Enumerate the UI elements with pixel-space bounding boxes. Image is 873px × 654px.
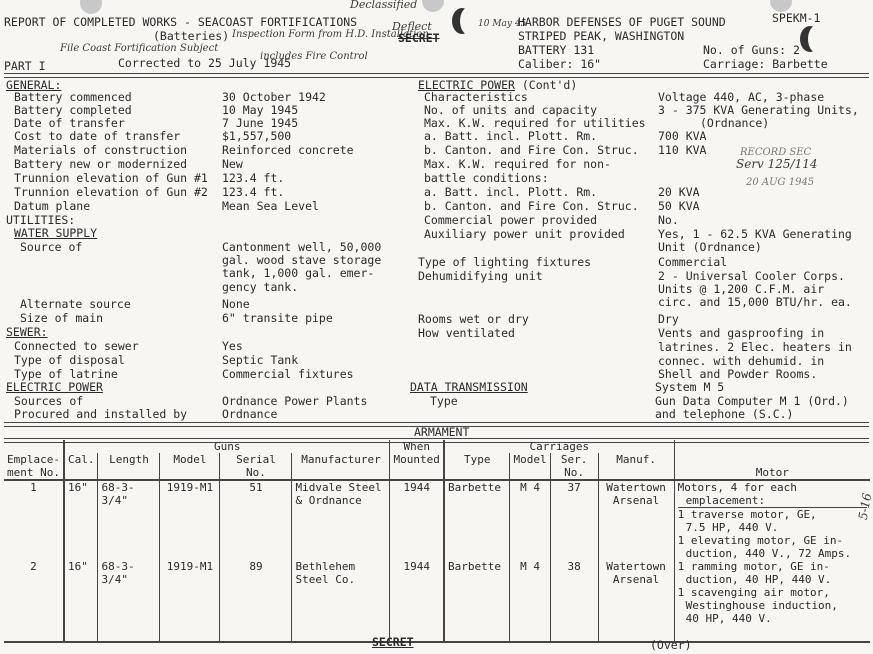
field-value: 110 KVA <box>658 144 706 157</box>
col-length: Length <box>98 453 160 480</box>
field-label: Auxiliary power unit provided <box>424 228 625 241</box>
field-label: Size of main <box>20 312 103 325</box>
footer-classification: SECRET <box>372 636 414 649</box>
cell-type: Barbette <box>444 480 510 560</box>
motor-line: Westinghouse induction, <box>678 599 867 612</box>
motor-line: 1 traverse motor, GE, <box>678 507 867 521</box>
field-label: Commercial power provided <box>424 214 597 227</box>
field-value: 123.4 ft. <box>222 172 284 185</box>
field-value: (Ordnance) <box>700 117 769 130</box>
field-label: b. Canton. and Fire Con. Struc. <box>424 200 639 213</box>
motor-line: 7.5 HP, 440 V. <box>678 521 867 534</box>
cell-cal: 16" <box>64 560 98 642</box>
field-value: $1,557,500 <box>222 130 291 143</box>
cell-manufacturer: Bethlehem Steel Co. <box>292 560 390 642</box>
field-value: circ. and 15,000 BTU/hr. ea. <box>658 296 852 309</box>
punch-hole <box>80 0 102 14</box>
punch-hole <box>422 0 444 12</box>
struck-classification: SECRET <box>398 32 440 45</box>
over-label: (Over) <box>650 639 692 652</box>
field-label: Connected to sewer <box>14 340 139 353</box>
cell-carriage-model: M 4 <box>510 560 550 642</box>
motor-line: 1 ramming motor, GE in- <box>678 560 867 573</box>
guns-count: No. of Guns: 2 <box>703 44 800 57</box>
group-guns: Guns <box>64 440 390 453</box>
field-value: gency tank. <box>222 281 298 294</box>
motor-line: emplacement: <box>678 494 867 507</box>
col-emplacement: Emplace-ment No. <box>4 440 64 480</box>
col-when-mounted: When Mounted <box>390 440 444 480</box>
handwritten-top: Declassified <box>350 0 417 11</box>
field-value: No. <box>658 214 679 227</box>
motor-line: duction, 40 HP, 440 V. <box>678 573 867 586</box>
field-value: New <box>222 158 243 171</box>
field-value: Ordnance <box>222 408 277 421</box>
stamp-text: Serv 125/114 <box>736 158 818 171</box>
field-label: Datum plane <box>14 200 90 213</box>
motor-line: 40 HP, 440 V. <box>678 612 867 625</box>
form-code: SPEKM-1 <box>772 12 820 25</box>
field-value: Unit (Ordnance) <box>658 241 762 254</box>
field-label: a. Batt. incl. Plott. Rm. <box>424 186 597 199</box>
cell-emplacement: 2 <box>4 560 64 642</box>
col-serial: Serial No. <box>220 453 292 480</box>
group-carriages: Carriages <box>444 440 674 453</box>
field-value: None <box>222 298 250 311</box>
field-label: Trunnion elevation of Gun #2 <box>14 186 208 199</box>
cell-motor: 1 ramming motor, GE in- duction, 40 HP, … <box>674 560 870 642</box>
table-row: 1 16" 68-3-3/4" 1919-M1 51 Midvale Steel… <box>4 480 870 560</box>
handwritten-note: File Coast Fortification Subject <box>60 42 218 55</box>
battery-number: BATTERY 131 <box>518 44 594 57</box>
field-value: 20 KVA <box>658 186 700 199</box>
field-label: Dehumidifying unit <box>418 270 543 283</box>
cell-carriage-manuf: Watertown Arsenal <box>598 480 674 560</box>
field-label: a. Batt. incl. Plott. Rm. <box>424 130 597 143</box>
part-label: PART I <box>4 60 46 73</box>
armament-table: Emplace-ment No. Guns When Mounted Carri… <box>4 440 870 643</box>
field-value: tank, 1,000 gal. emer- <box>222 267 374 280</box>
cell-motor: Motors, 4 for each emplacement: 1 traver… <box>674 480 870 560</box>
col-type: Type <box>444 453 510 480</box>
cell-carriage-serial: 37 <box>550 480 598 560</box>
field-value: Reinforced concrete <box>222 144 354 157</box>
table-row: 2 16" 68-3-3/4" 1919-M1 89 Bethlehem Ste… <box>4 560 870 642</box>
cell-serial: 89 <box>220 560 292 642</box>
col-model: Model <box>160 453 220 480</box>
cell-cal: 16" <box>64 480 98 560</box>
field-value: and telephone (S.C.) <box>655 408 793 421</box>
field-label: Type of disposal <box>14 354 125 367</box>
cell-length: 68-3-3/4" <box>98 480 160 560</box>
field-label: Battery new or modernized <box>14 158 187 171</box>
cell-serial: 51 <box>220 480 292 560</box>
field-value: Commercial <box>658 256 727 269</box>
cell-emplacement: 1 <box>4 480 64 560</box>
binder-mark-icon <box>452 8 472 34</box>
carriage-type: Carriage: Barbette <box>703 58 828 71</box>
field-label: battle conditions: <box>424 172 549 185</box>
data-transmission-heading: DATA TRANSMISSION <box>410 381 528 394</box>
cell-type: Barbette <box>444 560 510 642</box>
cell-manufacturer: Midvale Steel & Ordnance <box>292 480 390 560</box>
field-label: Source of <box>20 241 82 254</box>
cell-length: 68-3-3/4" <box>98 560 160 642</box>
motor-line: duction, 440 V., 72 Amps. <box>678 547 867 560</box>
sewer-heading: SEWER: <box>6 326 48 339</box>
stamp-text: 20 AUG 1945 <box>746 176 814 189</box>
water-heading: WATER SUPPLY <box>14 227 97 240</box>
corrected-date: Corrected to 25 July 1945 <box>118 57 291 70</box>
field-value: Septic Tank <box>222 354 298 367</box>
col-cal: Cal. <box>64 453 98 480</box>
cell-model: 1919-M1 <box>160 480 220 560</box>
field-label: Cost to date of transfer <box>14 130 180 143</box>
binder-mark-icon <box>800 26 820 52</box>
col-carriage-serial: Ser. No. <box>550 453 598 480</box>
location-line2: STRIPED PEAK, WASHINGTON <box>518 30 684 43</box>
cell-carriage-serial: 38 <box>550 560 598 642</box>
field-value: latrines. 2 Elec. heaters in <box>658 341 852 354</box>
field-label: Trunnion elevation of Gun #1 <box>14 172 208 185</box>
table-header-row: Emplace-ment No. Guns When Mounted Carri… <box>4 440 870 453</box>
field-label: b. Canton. and Fire Con. Struc. <box>424 144 639 157</box>
field-value: 50 KVA <box>658 200 700 213</box>
field-value: Mean Sea Level <box>222 200 319 213</box>
caliber-label: Caliber: 16" <box>518 58 601 71</box>
margin-note: 5-16 <box>857 492 873 521</box>
cell-carriage-manuf: Watertown Arsenal <box>598 560 674 642</box>
location-line1: HARBOR DEFENSES OF PUGET SOUND <box>518 16 726 29</box>
cell-mounted: 1944 <box>390 560 444 642</box>
field-value: 123.4 ft. <box>222 186 284 199</box>
field-value: Dry <box>658 313 679 326</box>
electric-heading: ELECTRIC POWER <box>6 381 103 394</box>
field-value: Commercial fixtures <box>222 368 354 381</box>
field-value: 6" transite pipe <box>222 312 333 325</box>
field-label: Procured and installed by <box>14 408 187 421</box>
col-manufacturer: Manufacturer <box>292 453 390 480</box>
field-label: Type <box>430 395 458 408</box>
field-label: Max. K.W. required for non- <box>424 158 611 171</box>
field-label: Materials of construction <box>14 144 187 157</box>
col-carriage-manuf: Manuf. <box>598 453 674 480</box>
field-value: 700 KVA <box>658 130 706 143</box>
field-label: How ventilated <box>418 327 515 340</box>
field-label: Rooms wet or dry <box>418 313 529 326</box>
field-value: Yes <box>222 340 243 353</box>
col-carriage-model: Model <box>510 453 550 480</box>
cell-carriage-model: M 4 <box>510 480 550 560</box>
col-motor: Motor <box>674 440 870 480</box>
motor-line: Motors, 4 for each <box>678 481 867 494</box>
cell-mounted: 1944 <box>390 480 444 560</box>
motor-line: 1 scavenging air motor, <box>678 586 867 599</box>
motor-line: 1 elevating motor, GE in- <box>678 534 867 547</box>
field-value: System M 5 <box>655 381 724 394</box>
field-label: Alternate source <box>20 298 131 311</box>
cell-model: 1919-M1 <box>160 560 220 642</box>
field-label: Type of lighting fixtures <box>418 256 591 269</box>
field-value: Vents and gasproofing in <box>658 327 824 340</box>
